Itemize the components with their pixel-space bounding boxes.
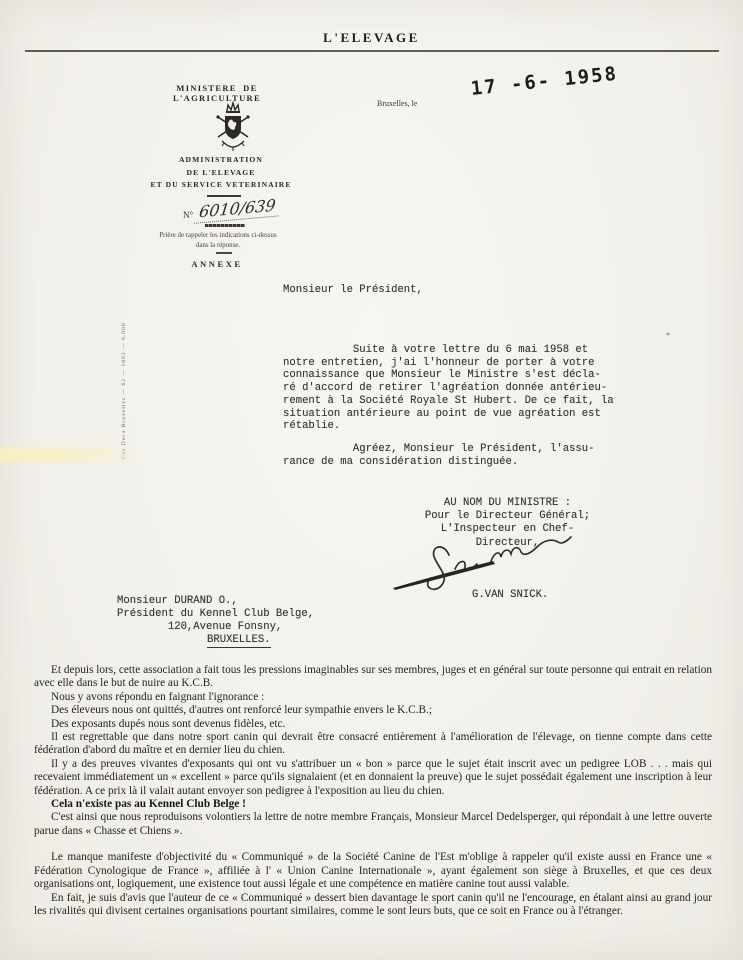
addressee-city: BRUXELLES. <box>207 634 271 648</box>
article-paragraph: Et depuis lors, cette association a fait… <box>34 664 712 691</box>
date-stamp: 17 -6- 1958 <box>470 63 619 100</box>
article-paragraph: C'est ainsi que nous reproduisons volont… <box>34 811 712 838</box>
article-paragraph: Il est regrettable que dans notre sport … <box>34 731 712 758</box>
signatory-name: G.VAN SNICK. <box>472 589 548 602</box>
reference-number-label: N° <box>183 210 193 220</box>
scan-artifact-band <box>0 447 138 462</box>
dateline-place: Bruxelles, le <box>377 99 417 108</box>
letter-closing: Agréez, Monsieur le Président, l'assu- r… <box>283 443 595 468</box>
divider <box>207 195 241 197</box>
scan-speck: * <box>666 331 670 336</box>
scanned-letter-page: L'ELEVAGE MINISTERE DE L'AGRICULTURE Bru… <box>0 0 743 960</box>
reference-number-line: N°6010/639 <box>183 199 313 220</box>
ministry-name: MINISTERE DE L'AGRICULTURE <box>131 83 303 103</box>
annexe-label: ANNEXE <box>147 259 287 269</box>
letter-salutation: Monsieur le Président, <box>283 284 423 297</box>
letter-body: Suite à votre lettre du 6 mai 1958 et no… <box>283 344 614 433</box>
administration-block: ADMINISTRATION DE L'ELEVAGE ET DU SERVIC… <box>145 154 297 192</box>
header-rule <box>25 50 719 52</box>
article-commentary: Et depuis lors, cette association a fait… <box>34 664 712 918</box>
belgian-coat-of-arms-icon <box>212 101 254 154</box>
handwritten-signature-icon <box>391 536 587 596</box>
reminder-note: Prière de rappeler les indications ci-de… <box>138 231 298 250</box>
article-paragraph: En fait, je suis d'avis que l'auteur de … <box>34 892 712 919</box>
journal-title: L'ELEVAGE <box>0 30 743 46</box>
reference-number-handwritten: 6010/639 <box>194 195 281 224</box>
article-paragraph: Il y a des preuves vivantes d'exposants … <box>34 758 712 798</box>
addressee-block: Monsieur DURAND O., Président du Kennel … <box>117 595 314 634</box>
article-paragraph: Des exposants dupés nous sont devenus fi… <box>34 718 712 731</box>
printer-imprint: Cse Deca Bruxelles — 62 — 1862 — 6.000 <box>121 297 131 459</box>
article-paragraph: Nous y avons répondu en faignant l'ignor… <box>34 691 712 704</box>
article-paragraph: Le manque manifeste d'objectivité du « C… <box>34 851 712 891</box>
divider <box>205 224 245 227</box>
article-paragraph-bold: Cela n'existe pas au Kennel Club Belge ! <box>34 798 712 811</box>
divider <box>216 252 232 254</box>
article-paragraph: Des éleveurs nous ont quittés, d'autres … <box>34 704 712 717</box>
